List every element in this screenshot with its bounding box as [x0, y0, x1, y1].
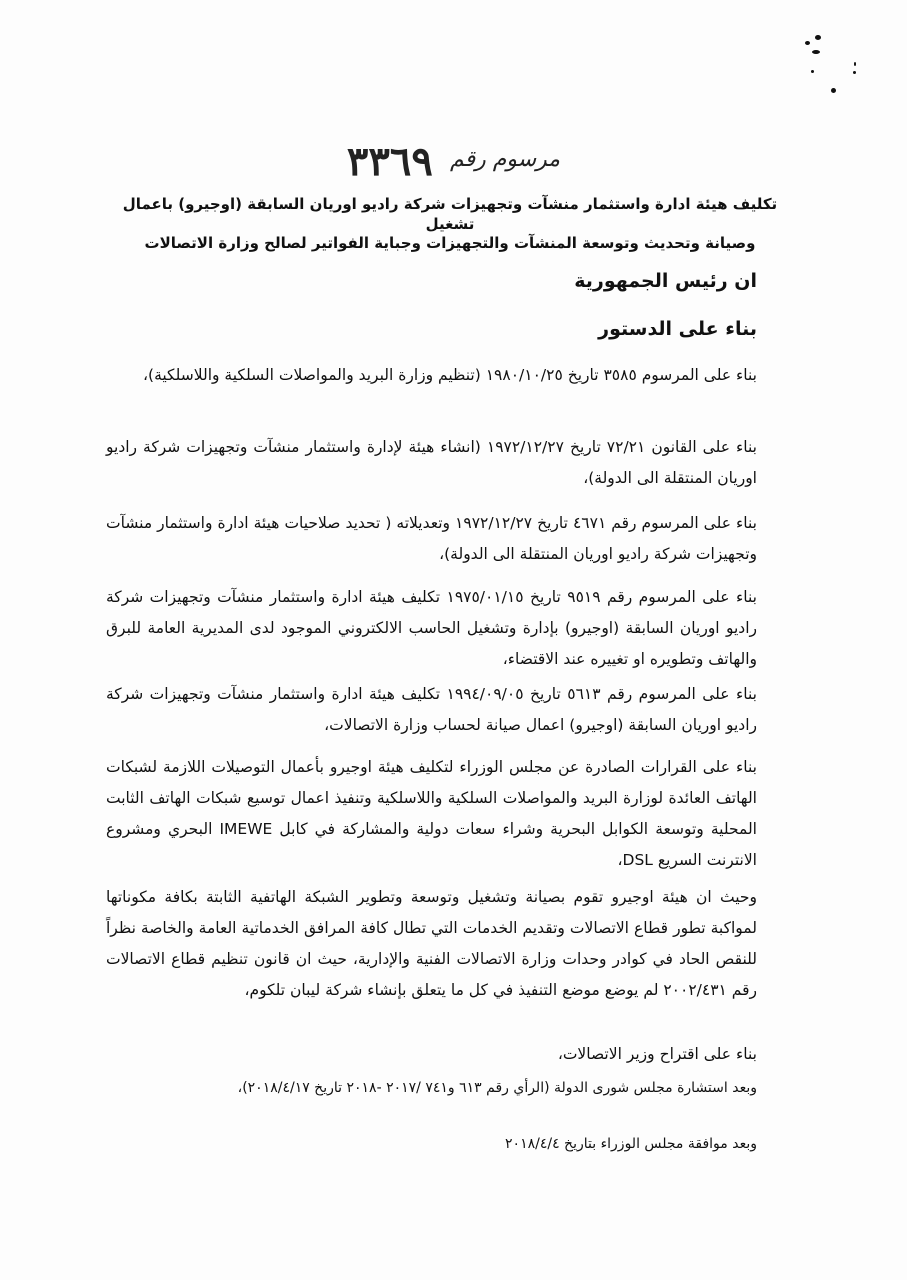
scan-speck [854, 62, 856, 66]
decree-label: مرسوم رقم [450, 147, 560, 172]
document-page: مرسوم رقم ٣٣٦٩ تكليف هيئة ادارة واستثمار… [0, 0, 907, 1280]
paragraph-law-21-72: بناء على القانون ٧٢/٢١ تاريخ ١٩٧٢/١٢/٢٧ … [106, 432, 757, 494]
paragraph-decree-3585: بناء على المرسوم ٣٥٨٥ تاريخ ١٩٨٠/١٠/٢٥ (… [106, 360, 757, 391]
subject-line-1: تكليف هيئة ادارة واستثمار منشآت وتجهيزات… [120, 194, 780, 234]
state-council-consultation: وبعد استشارة مجلس شورى الدولة (الرأي رقم… [238, 1080, 757, 1096]
scan-speck [815, 35, 821, 40]
decree-title: مرسوم رقم ٣٣٦٩ [0, 138, 907, 185]
cabinet-approval: وبعد موافقة مجلس الوزراء بتاريخ ٢٠١٨/٤/٤ [505, 1136, 757, 1152]
scan-speck [831, 88, 836, 93]
subject-line-2: وصيانة وتحديث وتوسعة المنشآت والتجهيزات … [120, 233, 780, 253]
paragraph-whereas: وحيث ان هيئة اوجيرو تقوم بصيانة وتشغيل و… [106, 882, 757, 1006]
minister-proposal: بناء على اقتراح وزير الاتصالات، [558, 1045, 757, 1063]
scan-speck [805, 41, 810, 45]
constitution-heading: بناء على الدستور [598, 318, 757, 340]
issuer-heading: ان رئيس الجمهورية [574, 270, 757, 292]
scan-speck [812, 50, 820, 54]
paragraph-decree-4671: بناء على المرسوم رقم ٤٦٧١ تاريخ ١٩٧٢/١٢/… [106, 508, 757, 570]
scan-speck [853, 71, 856, 74]
paragraph-cabinet-decisions: بناء على القرارات الصادرة عن مجلس الوزرا… [106, 752, 757, 876]
paragraph-decree-5613: بناء على المرسوم رقم ٥٦١٣ تاريخ ١٩٩٤/٠٩/… [106, 679, 757, 741]
decree-number: ٣٣٦٩ [347, 138, 433, 185]
paragraph-decree-9519: بناء على المرسوم رقم ٩٥١٩ تاريخ ١٩٧٥/٠١/… [106, 582, 757, 675]
scan-speck [811, 70, 814, 73]
